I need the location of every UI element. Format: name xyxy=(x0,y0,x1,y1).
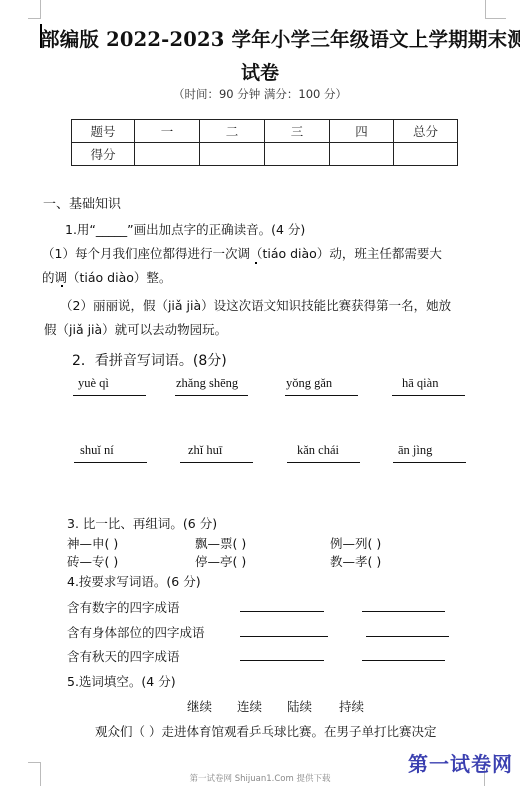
question-2-prompt: 2．看拼音写词语。(8分) xyxy=(72,350,227,370)
pinyin-label: zhǐ huī xyxy=(188,443,222,458)
exam-time-and-score: （时间：90 分钟 满分：100 分） xyxy=(0,86,520,102)
question-5-prompt: 5.选词填空。(4 分) xyxy=(67,672,176,690)
compare-word-item: 神—申( ) xyxy=(67,534,118,552)
fill-in-sentence: 观众们（ ）走进体育馆观看乒乓球比赛。在男子单打比赛决定 xyxy=(95,722,436,740)
score-input-cell[interactable] xyxy=(265,143,330,166)
table-cell: 一 xyxy=(135,120,200,143)
question-1-item-1-cont: 的调（tiáo diào）整。 xyxy=(42,268,171,286)
page-corner-mark xyxy=(28,0,41,19)
answer-line[interactable] xyxy=(180,462,253,463)
word-option: 陆续 xyxy=(287,697,312,715)
pinyin-label: yuè qì xyxy=(78,376,109,391)
answer-line[interactable] xyxy=(73,395,146,396)
score-table-header-row: 题号 一 二 三 四 总分 xyxy=(72,120,458,143)
table-cell: 四 xyxy=(330,120,394,143)
table-cell: 二 xyxy=(200,120,265,143)
section-heading: 一、基础知识 xyxy=(43,193,121,212)
question-1-prompt: 1.用“_____”画出加点字的正确读音。(4 分) xyxy=(65,220,305,238)
compare-word-item: 飘—票( ) xyxy=(195,534,246,552)
word-option: 继续 xyxy=(187,697,212,715)
compare-word-item: 停—亭( ) xyxy=(195,552,246,570)
pinyin-label: kǎn chái xyxy=(297,443,339,458)
emphasis-dot xyxy=(61,285,63,287)
question-4-prompt: 4.按要求写词语。(6 分) xyxy=(67,572,201,590)
table-cell: 三 xyxy=(265,120,330,143)
pinyin-label: ān jìng xyxy=(398,443,432,458)
word-option: 持续 xyxy=(339,697,364,715)
pinyin-label: hā qiàn xyxy=(402,376,438,391)
idiom-category: 含有身体部位的四字成语 xyxy=(67,623,205,641)
score-input-cell[interactable] xyxy=(200,143,265,166)
table-cell: 得分 xyxy=(72,143,135,166)
answer-line[interactable] xyxy=(287,462,360,463)
score-input-cell[interactable] xyxy=(135,143,200,166)
table-cell: 总分 xyxy=(394,120,458,143)
question-1-item-1: （1）每个月我们座位都得进行一次调（tiáo diào）动，班主任都需要大 xyxy=(42,244,442,262)
emphasis-dot xyxy=(255,262,257,264)
score-table-row: 得分 xyxy=(72,143,458,166)
answer-line[interactable] xyxy=(240,636,328,637)
document-title-continued: 试卷 xyxy=(0,58,520,85)
table-cell: 题号 xyxy=(72,120,135,143)
question-3-prompt: 3. 比一比、再组词。(6 分) xyxy=(67,514,217,532)
word-option: 连续 xyxy=(237,697,262,715)
brand-logo: 第一试卷网 xyxy=(408,748,513,777)
answer-line[interactable] xyxy=(240,611,324,612)
pinyin-label: shuǐ ní xyxy=(80,443,114,458)
answer-line[interactable] xyxy=(175,395,248,396)
compare-word-item: 例—列( ) xyxy=(330,534,381,552)
compare-word-item: 教—孝( ) xyxy=(330,552,381,570)
answer-line[interactable] xyxy=(240,660,324,661)
answer-line[interactable] xyxy=(392,395,465,396)
question-1-item-2-cont: 假（jiǎ jià）就可以去动物园玩。 xyxy=(44,320,227,338)
answer-line[interactable] xyxy=(362,611,445,612)
answer-line[interactable] xyxy=(74,462,147,463)
pinyin-label: yǒng gǎn xyxy=(286,376,332,391)
answer-line[interactable] xyxy=(285,395,358,396)
pinyin-label: zhǎng shēng xyxy=(176,376,238,391)
idiom-category: 含有数字的四字成语 xyxy=(67,598,180,616)
idiom-category: 含有秋天的四字成语 xyxy=(67,647,180,665)
answer-line[interactable] xyxy=(366,636,449,637)
question-1-item-2: （2）丽丽说，假（jiǎ jià）设这次语文知识技能比赛获得第一名，她放 xyxy=(60,296,451,314)
page-corner-mark xyxy=(485,0,506,19)
compare-word-item: 砖—专( ) xyxy=(67,552,118,570)
answer-line[interactable] xyxy=(393,462,466,463)
answer-line[interactable] xyxy=(362,660,445,661)
score-input-cell[interactable] xyxy=(394,143,458,166)
score-table: 题号 一 二 三 四 总分 得分 xyxy=(71,119,458,166)
score-input-cell[interactable] xyxy=(330,143,394,166)
document-title: 部编版 2022-2023 学年小学三年级语文上学期期末测 xyxy=(40,24,520,52)
